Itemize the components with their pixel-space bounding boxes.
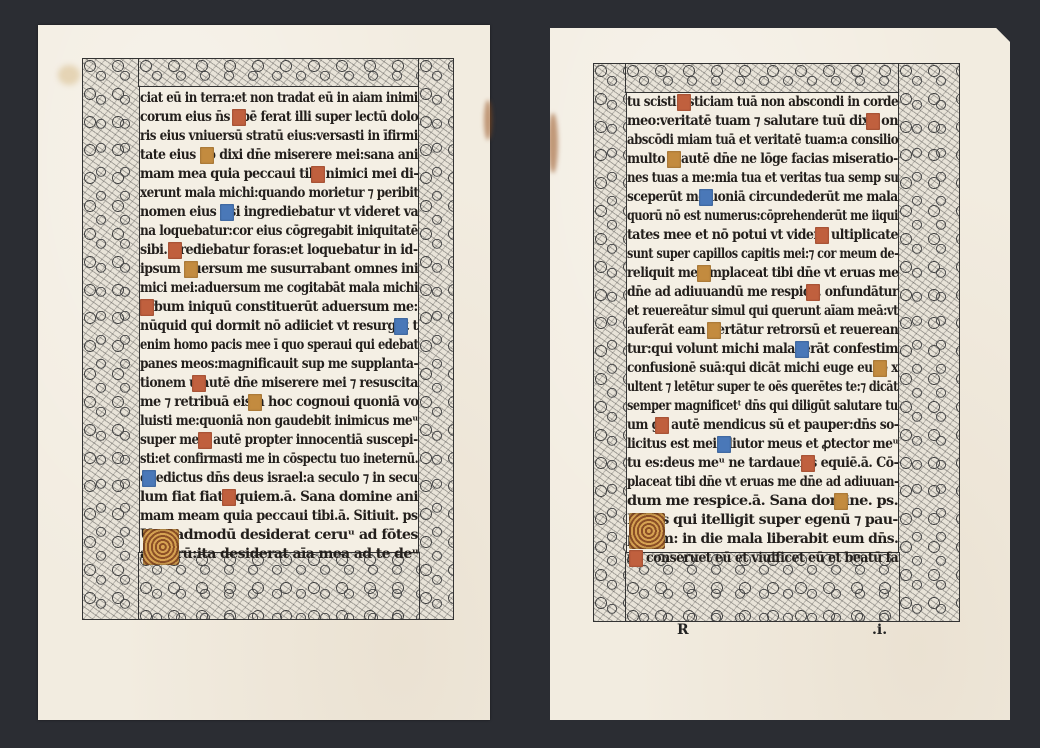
text-line: tu scisti usticiam tuā non abscondi in c…	[627, 93, 898, 112]
left-leaf: ciat eū in terra:et non tradat eū in aia…	[38, 25, 490, 720]
large-illuminated-initial-B	[629, 513, 665, 549]
text-line: ultent ⁊ letētur super te oēs querētes t…	[627, 378, 898, 397]
text-line: reliquit me omplaceat tibi dn̄e vt eruas…	[627, 264, 898, 283]
painted-initial-blue	[795, 341, 809, 358]
text-line: na loquebatur:cor eius cōgregabit iniqui…	[140, 222, 418, 241]
text-line: quorū nō est numerus:cōprehenderūt me ii…	[627, 207, 898, 226]
right-bird-border	[898, 63, 960, 622]
painted-initial-gold	[667, 151, 681, 168]
text-line: auferāt eam uertātur retrorsū et reuerea…	[627, 321, 898, 340]
text-line: sti:et confirmasti me in cōspectu tuo in…	[140, 450, 418, 469]
text-line: abscōdi miam tuā et veritatē tuam:a cons…	[627, 131, 898, 150]
text-line: corum eius n̄s opē ferat illi super lect…	[140, 108, 418, 127]
text-line: nūquid qui dormit nō adiiciet vt resurga…	[140, 317, 418, 336]
painted-initial-red	[815, 227, 829, 244]
text-block-left: ciat eū in terra:et non tradat eū in aia…	[140, 87, 418, 551]
top-floral-border	[138, 58, 420, 87]
text-line: aquarū:ita desiderat aīa mea ad te deᵘ	[140, 545, 418, 564]
text-line: panes meos:magnificauit sup me supplanta…	[140, 355, 418, 374]
text-line: meo:veritatē tuam ⁊ salutare tuū dixi. o…	[627, 112, 898, 131]
text-line: sceperūt me uoniā circundederūt me mala	[627, 188, 898, 207]
text-line: lum fiat fiat equiem.ā. Sana domine ani	[140, 488, 418, 507]
text-line: mici mei:aduersum me cogitabāt mala mich…	[140, 279, 418, 298]
text-line: ris eius vniuersū stratū eius:versasti i…	[140, 127, 418, 146]
rust-stain	[548, 113, 558, 173]
text-line: licitus est mei. diutor meus et ꝓtector …	[627, 435, 898, 454]
rust-stain	[484, 100, 492, 140]
text-line: tionem u autē dn̄e miserere mei ⁊ resusc…	[140, 374, 418, 393]
painted-initial-gold	[248, 394, 262, 411]
painted-initial-red	[655, 417, 669, 434]
text-line: dn̄e ad adiuuandū me respice. onfundātur	[627, 283, 898, 302]
painted-initial-blue	[394, 318, 408, 335]
text-line: nomen eius t si ingrediebatur vt videret…	[140, 203, 418, 222]
painted-initial-gold	[834, 493, 848, 510]
text-line: xerunt mala michi:quando morietur ⁊ peri…	[140, 184, 418, 203]
text-line: enedictus dn̄s deus israel:a seculo ⁊ in…	[140, 469, 418, 488]
painted-initial-red	[192, 375, 206, 392]
painted-initial-gold	[200, 147, 214, 164]
text-line: placeat tibi dn̄e vt eruas me dn̄e ad ad…	[627, 473, 898, 492]
foxing-stain	[58, 65, 80, 85]
text-line: enim homo pacis mee ī quo speraui qui ed…	[140, 336, 418, 355]
painted-initial-red	[198, 432, 212, 449]
text-line: me ⁊ retribuā eis n hoc cognoui quoniā v…	[140, 393, 418, 412]
text-block-right: tu scisti usticiam tuā non abscondi in c…	[627, 93, 898, 551]
text-line: ipsum duersum me susurrabant omnes ini	[140, 260, 418, 279]
painted-initial-red	[806, 284, 820, 301]
text-line: Eatus qui itelligit super egenū ⁊ pau-	[627, 511, 898, 530]
text-line: et reuereātur simul qui querunt aīam meā…	[627, 302, 898, 321]
text-line: n̄s conseruet eū et viuificet eū et beat…	[627, 549, 898, 568]
folio-mark: .i.	[872, 622, 887, 638]
text-line: tur:qui volunt michi mala. erāt confesti…	[627, 340, 898, 359]
painted-initial-blue	[717, 436, 731, 453]
text-line: confusionē suā:qui dicāt michi euge euge…	[627, 359, 898, 378]
right-floral-border	[418, 58, 454, 620]
painted-initial-red	[311, 166, 325, 183]
painted-initial-blue	[699, 189, 713, 206]
text-line: super me e autē propter innocentiā susce…	[140, 431, 418, 450]
painted-initial-gold	[873, 360, 887, 377]
painted-initial-red	[222, 489, 236, 506]
text-line: tates mee et nō potui vt viderē ultiplic…	[627, 226, 898, 245]
painted-initial-red	[140, 299, 154, 316]
painted-initial-red	[168, 242, 182, 259]
right-leaf: tu scisti usticiam tuā non abscondi in c…	[550, 28, 1010, 720]
painted-initial-red	[677, 94, 691, 111]
painted-initial-red	[232, 109, 246, 126]
text-line: ciat eū in terra:et non tradat eū in aia…	[140, 89, 418, 108]
left-floral-border	[82, 58, 140, 620]
text-line: mam mea quia peccaui tibi nimici mei di-	[140, 165, 418, 184]
painted-initial-blue	[220, 204, 234, 221]
text-line: semper magnificetᵗ dn̄s qui diligūt salu…	[627, 397, 898, 416]
painted-initial-gold	[707, 322, 721, 339]
painted-initial-blue	[142, 470, 156, 487]
text-line: nes tuas a me:mia tua et veritas tua sem…	[627, 169, 898, 188]
painted-initial-gold	[697, 265, 711, 282]
text-line: Uemadmodū desiderat ceruᵘ ad fōtes	[140, 526, 418, 545]
text-line: tu es:deus meᵘ ne tardaueris equiē.ā. Cō…	[627, 454, 898, 473]
text-line: perem: in die mala liberabit eum dn̄s.	[627, 530, 898, 549]
large-illuminated-initial-Q	[143, 529, 179, 565]
painted-initial-red	[866, 113, 880, 130]
text-line: mam meam quia peccaui tibi.ā. Sitiuit. p…	[140, 507, 418, 526]
painted-initial-gold	[184, 261, 198, 278]
painted-initial-red	[801, 455, 815, 472]
top-floral-border	[625, 63, 900, 93]
text-line: dum me respice.ā. Sana domine. ps.	[627, 492, 898, 511]
text-line: tate eius go dixi dn̄e miserere mei:sana…	[140, 146, 418, 165]
text-line: sunt super capillos capitis mei:⁊ cor me…	[627, 245, 898, 264]
painted-initial-red	[629, 550, 643, 567]
text-line: luisti me:quoniā non gaudebit inimicus m…	[140, 412, 418, 431]
signature-mark: R	[677, 622, 689, 638]
left-floral-border	[593, 63, 627, 622]
text-line: erbum iniquū constituerūt aduersum me:	[140, 298, 418, 317]
